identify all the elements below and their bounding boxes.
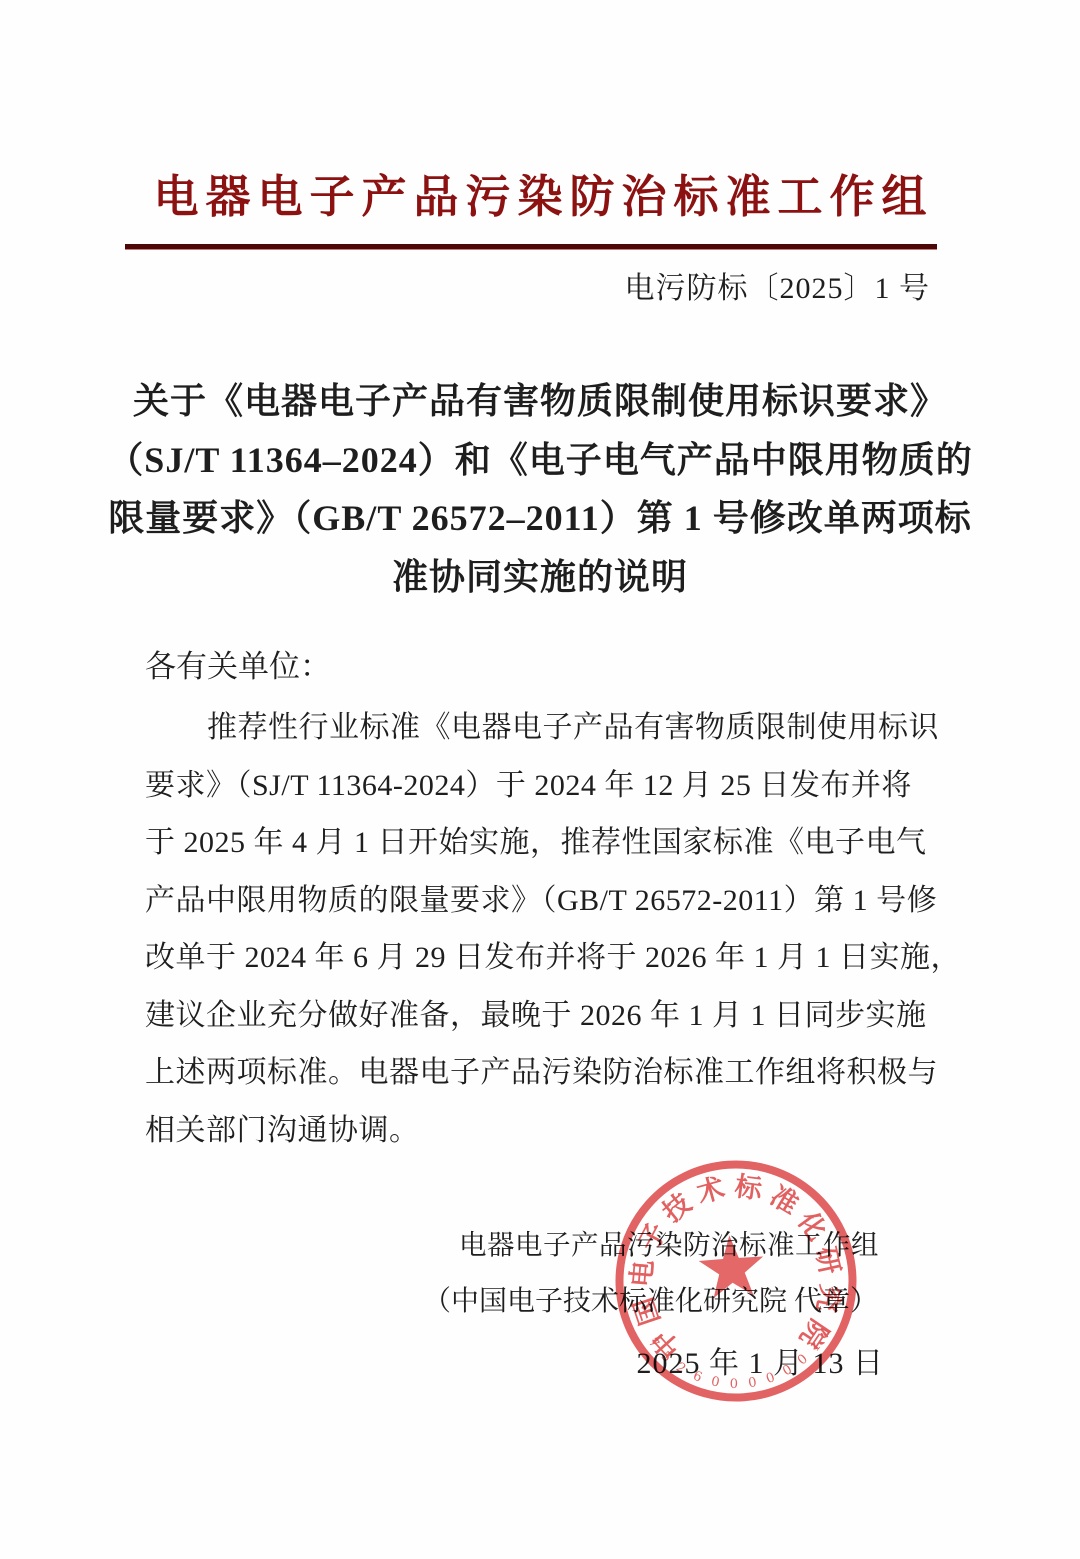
body-line: 于 2025 年 4 月 1 日开始实施，推荐性国家标准《电子电气 [145,814,943,872]
title-line: 准协同实施的说明 [70,548,1010,607]
body-line: 建议企业充分做好准备，最晚于 2026 年 1 月 1 日同步实施 [145,987,943,1045]
body-line: 上述两项标准。电器电子产品污染防治标准工作组将积极与 [145,1044,943,1102]
title-line: （SJ/T 11364–2024）和《电子电气产品中限用物质的 [70,431,1010,490]
signature-date: 2025 年 1 月 13 日 [637,1338,885,1382]
header-divider-rule [125,244,937,249]
svg-text:准: 准 [765,1180,804,1220]
title-line: 关于《电器电子产品有害物质限制使用标识要求》 [70,372,1010,431]
seal-ring-text: 中国电子技术标准化研究院 [619,1164,851,1366]
signature-org: 电器电子产品污染防治标准工作组 [459,1222,879,1262]
doc-number: 电污防标〔2025〕1 号 [625,263,931,307]
body-line: 相关部门沟通协调。 [145,1102,943,1160]
body-line: 推荐性行业标准《电器电子产品有害物质限制使用标识 [145,699,943,757]
title-line: 限量要求》（GB/T 26572–2011）第 1 号修改单两项标 [70,489,1010,548]
svg-text:1: 1 [818,1324,835,1339]
body-line: 要求》（SJ/T 11364-2024）于 2024 年 12 月 25 日发布… [145,757,943,815]
org-header-title: 电器电子产品污染防治标准工作组 [0,160,1080,225]
body-line: 产品中限用物质的限量要求》（GB/T 26572-2011）第 1 号修 [145,872,943,930]
svg-text:术: 术 [693,1172,728,1208]
signature-agent-note: （中国电子技术标准化研究院 代章） [423,1279,878,1319]
salutation: 各有关单位： [145,641,331,686]
svg-text:标: 标 [732,1171,765,1205]
body-line: 改单于 2024 年 6 月 29 日发布并将于 2026 年 1 月 1 日实… [145,929,943,987]
body-paragraph: 推荐性行业标准《电器电子产品有害物质限制使用标识 要求》（SJ/T 11364-… [145,699,943,1159]
official-document-page: 电器电子产品污染防治标准工作组 电污防标〔2025〕1 号 关于《电器电子产品有… [0,0,1080,1559]
document-title: 关于《电器电子产品有害物质限制使用标识要求》 （SJ/T 11364–2024）… [70,372,1010,606]
